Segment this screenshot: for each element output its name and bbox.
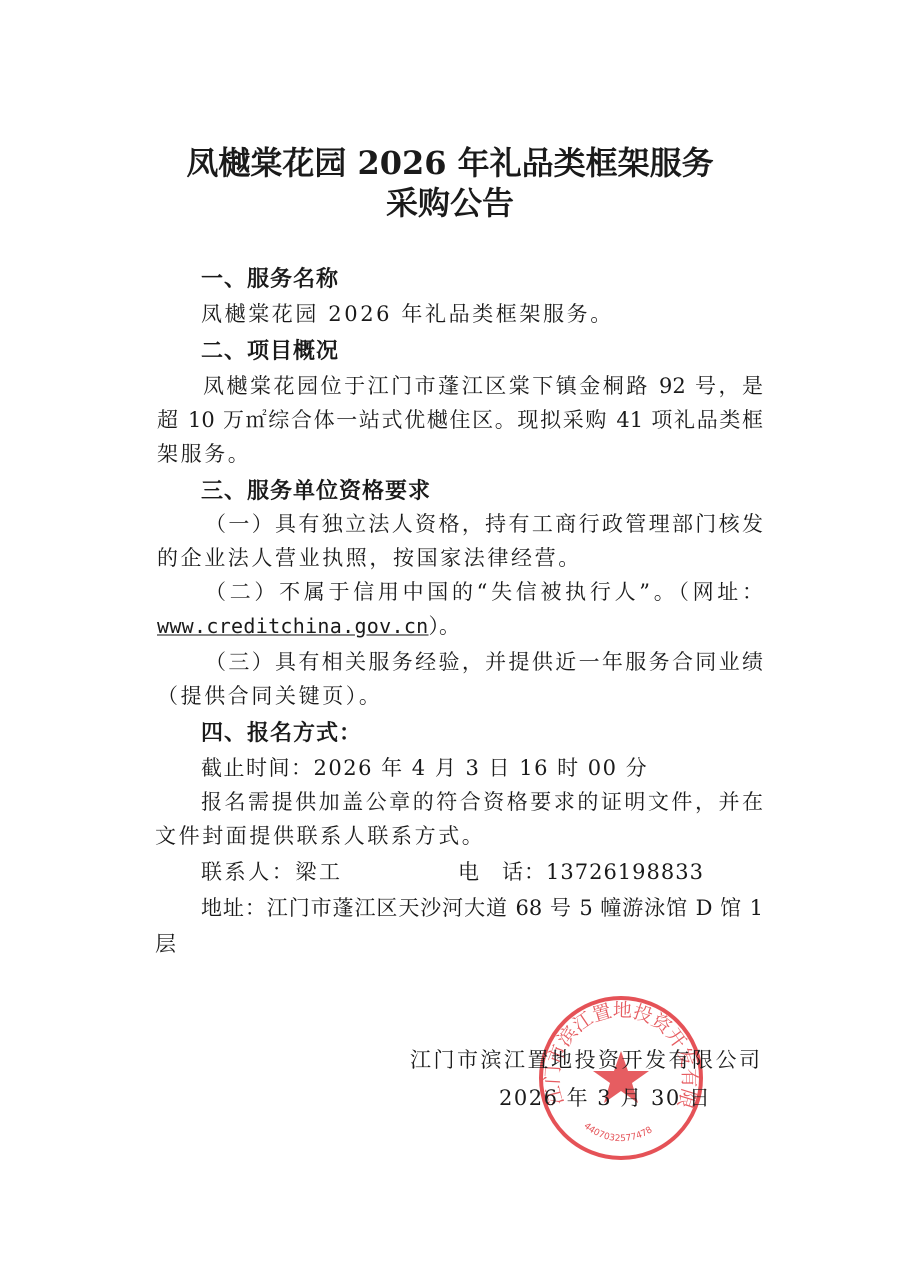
section-heading-qualifications: 三、服务单位资格要求 (201, 474, 431, 505)
registration-deadline: 截止时间：2026 年 4 月 3 日 16 时 00 分 (201, 752, 648, 782)
registration-requirement-line1: 报名需提供加盖公章的符合资格要求的证明文件，并在 (201, 786, 763, 816)
qualification-1-line2: 的企业法人营业执照，按国家法律经营。 (157, 542, 582, 572)
stamp-code-text: 4407032577478 (582, 1121, 655, 1144)
company-seal-stamp: 江门市滨江置地投资开发有限公司 4407032577478 (536, 993, 706, 1163)
document-page: 凤樾棠花园 2026 年礼品类框架服务 采购公告 一、服务名称 凤樾棠花园 20… (0, 0, 900, 1272)
qualification-1-line1: （一）具有独立法人资格，持有工商行政管理部门核发 (205, 508, 763, 538)
creditchina-link[interactable]: www.creditchina.gov.cn (157, 614, 429, 638)
section-heading-project-overview: 二、项目概况 (201, 334, 339, 365)
signature-date: 2026 年 3 月 30 日 (499, 1082, 711, 1112)
project-overview-line2: 超 10 万㎡综合体一站式优樾住区。现拟采购 41 项礼品类框 (157, 404, 763, 434)
registration-requirement-line2: 文件封面提供联系人联系方式。 (155, 820, 485, 850)
qualification-3-line2: （提供合同关键页）。 (157, 680, 383, 710)
project-overview-line1: 凤樾棠花园位于江门市蓬江区棠下镇金桐路 92 号，是 (203, 370, 763, 400)
address-line2: 层 (155, 928, 179, 958)
qualification-2-line1: （二）不属于信用中国的“失信被执行人”。（网址： (205, 576, 763, 606)
contact-person: 联系人：梁工 (201, 856, 343, 886)
qualification-3-line1: （三）具有相关服务经验，并提供近一年服务合同业绩 (205, 646, 763, 676)
contact-phone: 电 话：13726198833 (458, 856, 704, 886)
section-heading-registration: 四、报名方式： (201, 716, 362, 747)
section-heading-service-name: 一、服务名称 (201, 262, 339, 293)
service-name-text: 凤樾棠花园 2026 年礼品类框架服务。 (201, 298, 614, 328)
signature-company: 江门市滨江置地投资开发有限公司 (410, 1044, 763, 1074)
project-overview-line3: 架服务。 (157, 438, 251, 468)
document-title-line2: 采购公告 (0, 178, 900, 224)
qualification-2-line2-suffix: ）。 (429, 614, 461, 638)
qualification-2-line2: www.creditchina.gov.cn）。 (157, 610, 460, 640)
address-line1: 地址：江门市蓬江区天沙河大道 68 号 5 幢游泳馆 D 馆 1 (201, 892, 763, 922)
